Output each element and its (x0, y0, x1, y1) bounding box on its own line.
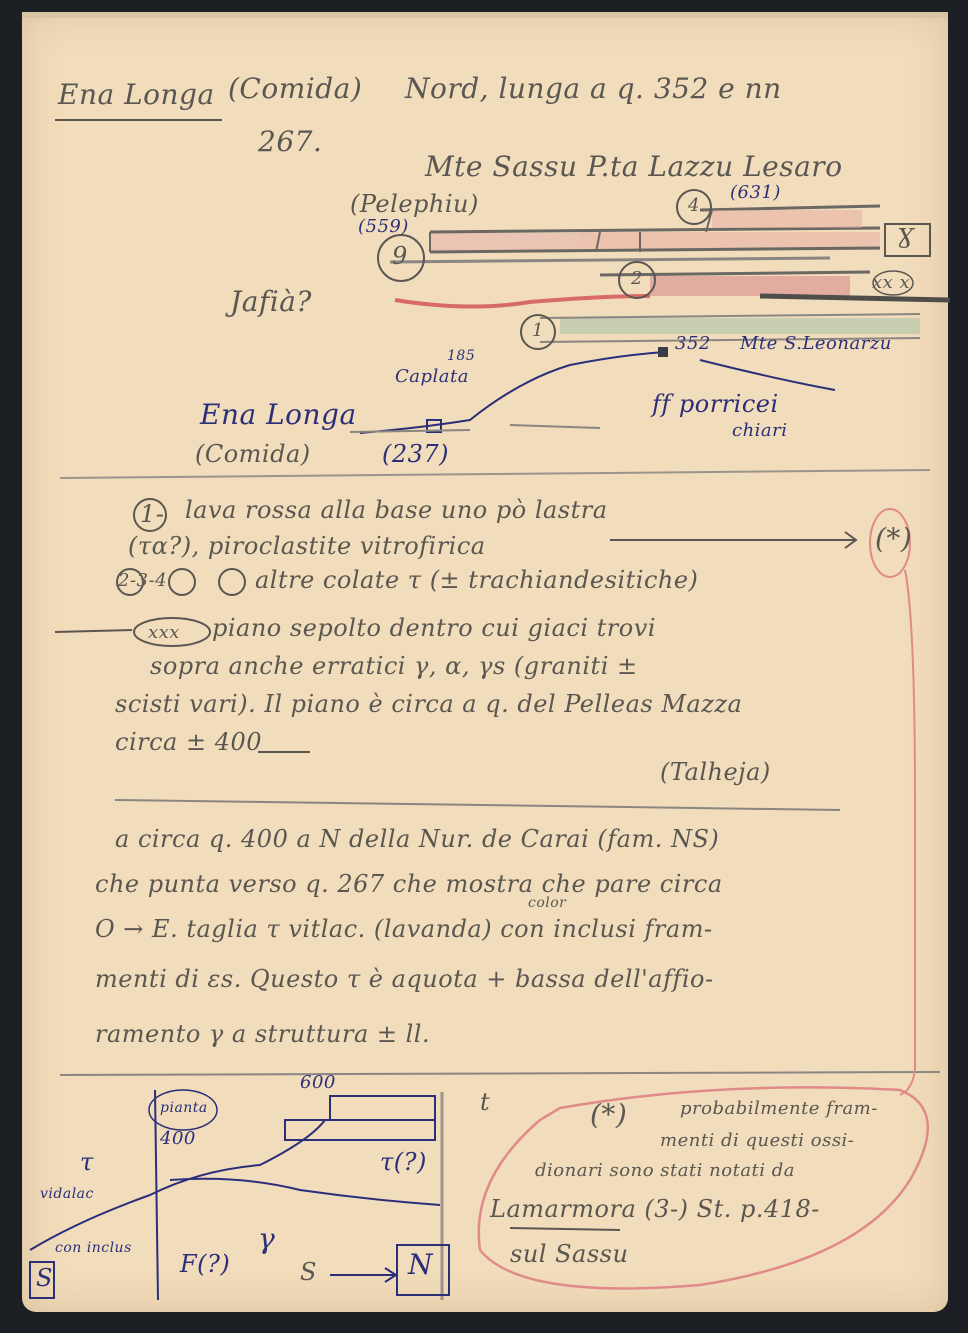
sketch-s-arrow: S (300, 1258, 317, 1286)
note-line: piano sepolto dentro cui giaci trovi (212, 614, 656, 642)
header-line2: 267. (258, 125, 322, 158)
label-elev-559: (559) (358, 216, 409, 237)
label-pelephiu: (Pelephiu) (350, 190, 479, 218)
paragraph-line: ramento γ a struttura ± ll. (95, 1020, 430, 1048)
sketch-elev-600: 600 (300, 1072, 336, 1093)
label-elev-185: 185 (447, 348, 475, 364)
circle-2: 2 (631, 268, 643, 289)
label-comida: (Comida) (195, 440, 311, 468)
paragraph-line: menti di εs. Questo τ è aquota + bassa d… (95, 965, 714, 993)
note-line: scisti vari). Il piano è circa a q. del … (115, 690, 742, 718)
note-line: (Talheja) (660, 758, 771, 786)
circle-9: 9 (392, 242, 408, 270)
box-symbol: Ɣ (897, 224, 915, 252)
circle-4: 4 (688, 195, 700, 216)
label-porfidi: ff porricei (652, 390, 779, 418)
paragraph-line: O → E. taglia τ vitlac. (lavanda) con in… (95, 915, 713, 943)
note-marker-1: 1- (140, 500, 164, 528)
label-elev-631: (631) (730, 182, 781, 203)
sketch-f-label: F(?) (180, 1250, 230, 1278)
title-paren: (Comida) (228, 72, 362, 105)
sketch-t-mark: t (480, 1088, 490, 1116)
paragraph-superscript: color (528, 895, 566, 911)
footnote-line: sul Sassu (510, 1240, 628, 1268)
circle-1: 1 (532, 320, 544, 341)
sketch-gamma: γ (258, 1222, 275, 1255)
footnote-line: menti di questi ossi- (660, 1130, 854, 1151)
sketch-tau: τ (80, 1148, 94, 1176)
sketch-pianta: pianta (160, 1100, 208, 1116)
label-ena-longa: Ena Longa (200, 398, 357, 431)
title-location: Ena Longa (58, 78, 215, 111)
sketch-s-box: S (36, 1264, 53, 1292)
note-line: (τα?), piroclastite vitrofirica (128, 532, 486, 560)
header-subtitle: Mte Sassu P.ta Lazzu Lesaro (425, 150, 843, 183)
paragraph-line: che punta verso q. 267 che mostra che pa… (95, 870, 723, 898)
note-marker-234: 2-3-4 (118, 570, 167, 591)
asterisk-target: (*) (875, 522, 912, 555)
label-question: Jafià? (230, 285, 312, 318)
sketch-con-inclus: con inclus (55, 1240, 132, 1256)
footnote-line: Lamarmora (3-) St. p.418- (490, 1195, 820, 1223)
note-line: sopra anche erratici γ, α, γs (graniti ± (150, 652, 638, 680)
note-marker-xxx: xxx (148, 622, 180, 643)
footnote-line: probabilmente fram- (680, 1098, 878, 1119)
label-chiari: chiari (732, 420, 788, 441)
label-caplata: Caplata (395, 366, 469, 387)
label-elev-237: (237) (382, 440, 449, 468)
label-elev-352: 352 (675, 333, 711, 354)
xx-mark: xx x (872, 272, 910, 293)
footnote-marker: (*) (590, 1098, 627, 1131)
label-peak: Mte S.Leonarzu (740, 333, 892, 354)
paragraph-line: a circa q. 400 a N della Nur. de Carai (… (115, 825, 719, 853)
sketch-vidalac: vidalac (40, 1186, 94, 1202)
note-line: lava rossa alla base uno pò lastra (185, 496, 608, 524)
footnote-line: dionari sono stati notati da (535, 1160, 795, 1181)
note-line: circa ± 400 (115, 728, 262, 756)
sketch-elev-400: 400 (160, 1128, 196, 1149)
sketch-tau-q: τ(?) (380, 1148, 427, 1176)
sketch-n-box: N (408, 1248, 433, 1281)
header-line1: Nord, lunga a q. 352 e nn (405, 72, 782, 105)
note-line: altre colate τ (± trachiandesitiche) (255, 566, 698, 594)
